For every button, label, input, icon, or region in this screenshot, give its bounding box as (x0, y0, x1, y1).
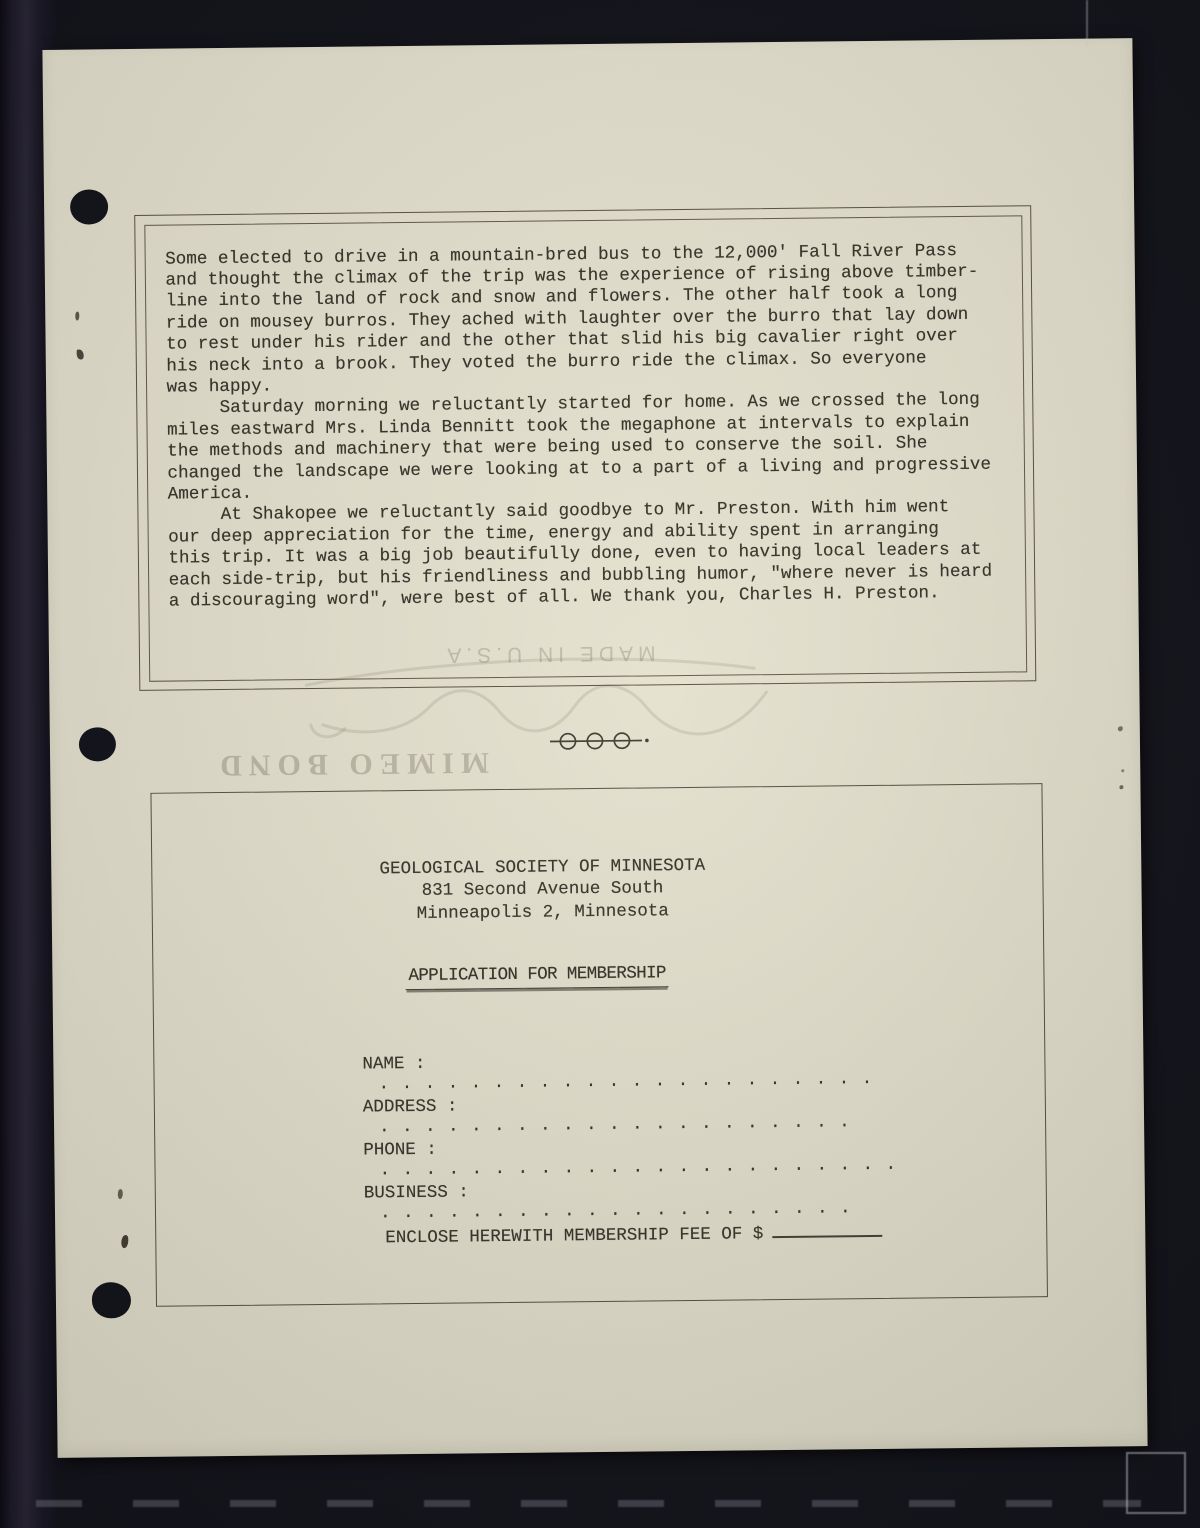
ink-speck (1118, 726, 1123, 731)
ink-speck (77, 350, 84, 360)
form-title: APPLICATION FOR MEMBERSHIP (405, 963, 669, 990)
ink-speck (118, 1189, 123, 1199)
paper-page: MADE IN U.S.A MIMEO BOND Some elected to… (42, 38, 1147, 1458)
scratch-mark (1086, 0, 1088, 46)
watermark-mimeo-bond: MIMEO BOND (213, 745, 489, 782)
field-label-phone: PHONE : (363, 1140, 437, 1161)
punch-hole-bottom (92, 1282, 131, 1318)
organization-address-line2: Minneapolis 2, Minnesota (373, 900, 713, 926)
narrative-box: Some elected to drive in a mountain-bred… (134, 205, 1036, 691)
fee-amount-blank (772, 1220, 882, 1238)
circles-divider-icon (550, 727, 654, 754)
fee-line: ENCLOSE HEREWITH MEMBERSHIP FEE OF $ (301, 1200, 883, 1269)
ink-speck (1119, 785, 1123, 789)
film-edge-marks (36, 1500, 1141, 1507)
punch-hole-top (70, 189, 108, 224)
ink-speck (1121, 769, 1124, 772)
film-frame-marker (1126, 1452, 1186, 1514)
field-label-business: BUSINESS : (364, 1182, 469, 1203)
narrative-box-inner-border: Some elected to drive in a mountain-bred… (144, 215, 1027, 681)
organization-block: GEOLOGICAL SOCIETY OF MINNESOTA 831 Seco… (372, 855, 713, 926)
fee-text: ENCLOSE HEREWITH MEMBERSHIP FEE OF $ (385, 1224, 763, 1248)
punch-hole-middle (79, 727, 116, 761)
scanned-page-background: MADE IN U.S.A MIMEO BOND Some elected to… (0, 0, 1200, 1528)
ink-speck (121, 1235, 128, 1248)
field-label-address: ADDRESS : (363, 1097, 458, 1118)
ink-speck (75, 312, 79, 321)
field-label-name: NAME : (362, 1054, 425, 1075)
application-form-box: GEOLOGICAL SOCIETY OF MINNESOTA 831 Seco… (150, 783, 1048, 1307)
narrative-text: Some elected to drive in a mountain-bred… (165, 240, 992, 613)
